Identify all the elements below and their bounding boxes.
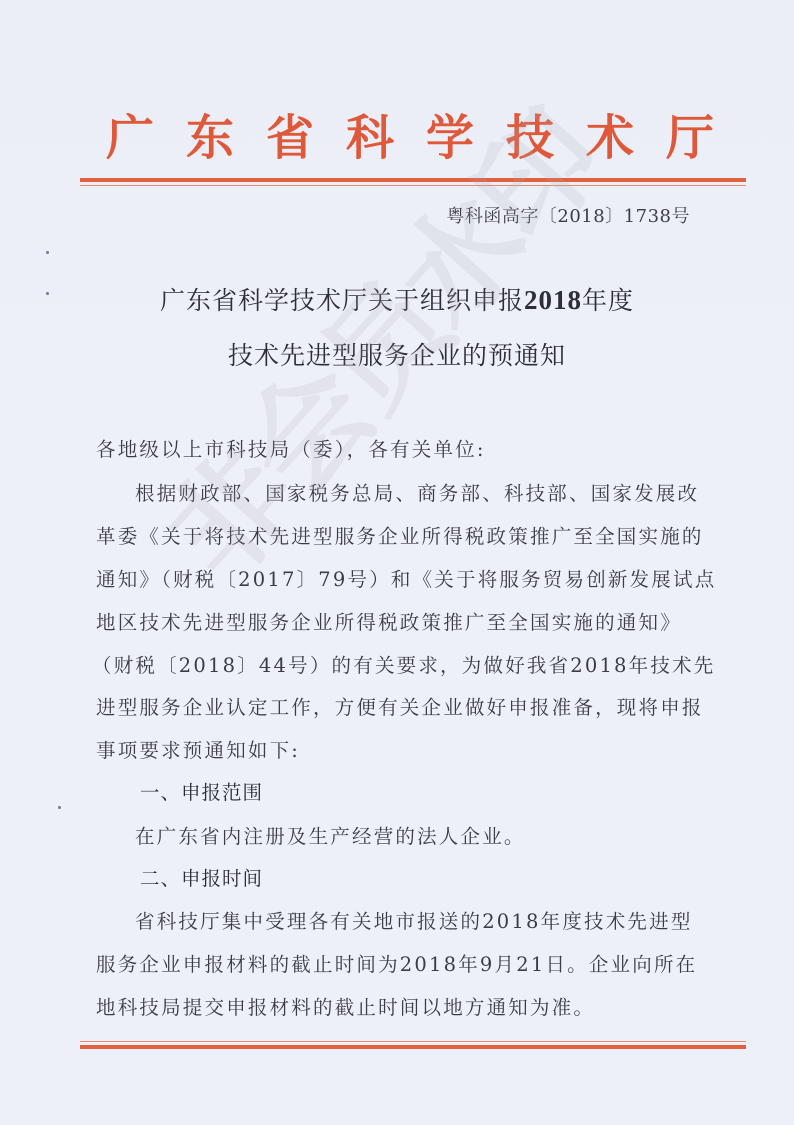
body-line: 在广东省内注册及生产经营的法人企业。 [135, 815, 735, 859]
letterhead-rule-thick [80, 178, 746, 182]
body-line: 地区技术先进型服务企业所得税政策推广至全国实施的通知》 [96, 601, 696, 645]
body-line: 根据财政部、国家税务总局、商务部、科技部、国家发展改 [135, 472, 735, 516]
letterhead-char: 东 [180, 106, 240, 170]
scan-speck [46, 251, 49, 254]
letterhead-char: 厅 [660, 106, 720, 170]
salutation: 各地级以上市科技局（委），各有关单位: [96, 428, 696, 472]
letterhead-char: 学 [420, 106, 480, 170]
section-heading-scope: 一、申报范围 [140, 771, 263, 815]
body-line: 省科技厅集中受理各有关地市报送的2018年度技术先进型 [135, 900, 735, 944]
body-line: 革委《关于将技术先进型服务企业所得税政策推广至全国实施的 [96, 515, 696, 559]
body-line: 服务企业申报材料的截止时间为2018年9月21日。企业向所在 [96, 943, 696, 987]
section-heading-time: 二、申报时间 [140, 857, 263, 901]
body-line: 地科技局提交申报材料的截止时间以地方通知为准。 [96, 986, 696, 1030]
document-title-line-1: 广东省科学技术厅关于组织申报2018年度 [0, 280, 794, 321]
letterhead-char: 技 [500, 106, 560, 170]
body-line: （财税〔2018〕44号）的有关要求，为做好我省2018年技术先 [92, 644, 692, 688]
title-suffix: 年度 [582, 286, 634, 315]
letterhead-rule-thin [80, 185, 746, 186]
body-line: 进型服务企业认定工作，方便有关企业做好申报准备，现将申报 [96, 686, 696, 730]
letterhead-issuer: 广 东 省 科 学 技 术 厅 [100, 106, 720, 170]
body-line: 事项要求预通知如下: [96, 729, 696, 773]
scan-speck [46, 292, 49, 295]
letterhead-char: 省 [260, 106, 320, 170]
letterhead-char: 广 [100, 106, 160, 170]
letterhead-char: 术 [580, 106, 640, 170]
title-prefix: 广东省科学技术厅关于组织申报 [160, 286, 524, 315]
footer-rule-thick [80, 1045, 746, 1049]
title-year: 2018 [524, 285, 582, 315]
document-number: 粤科函高字〔2018〕1738号 [446, 203, 690, 231]
body-line: 通知》（财税〔2017〕79号）和《关于将服务贸易创新发展试点 [96, 558, 696, 602]
footer-rule-thin [80, 1041, 746, 1042]
document-page: 广 东 省 科 学 技 术 厅 粤科函高字〔2018〕1738号 广东省科学技术… [0, 0, 794, 1125]
letterhead-char: 科 [340, 106, 400, 170]
scan-speck [58, 806, 61, 809]
document-title-line-2: 技术先进型服务企业的预通知 [0, 336, 794, 376]
